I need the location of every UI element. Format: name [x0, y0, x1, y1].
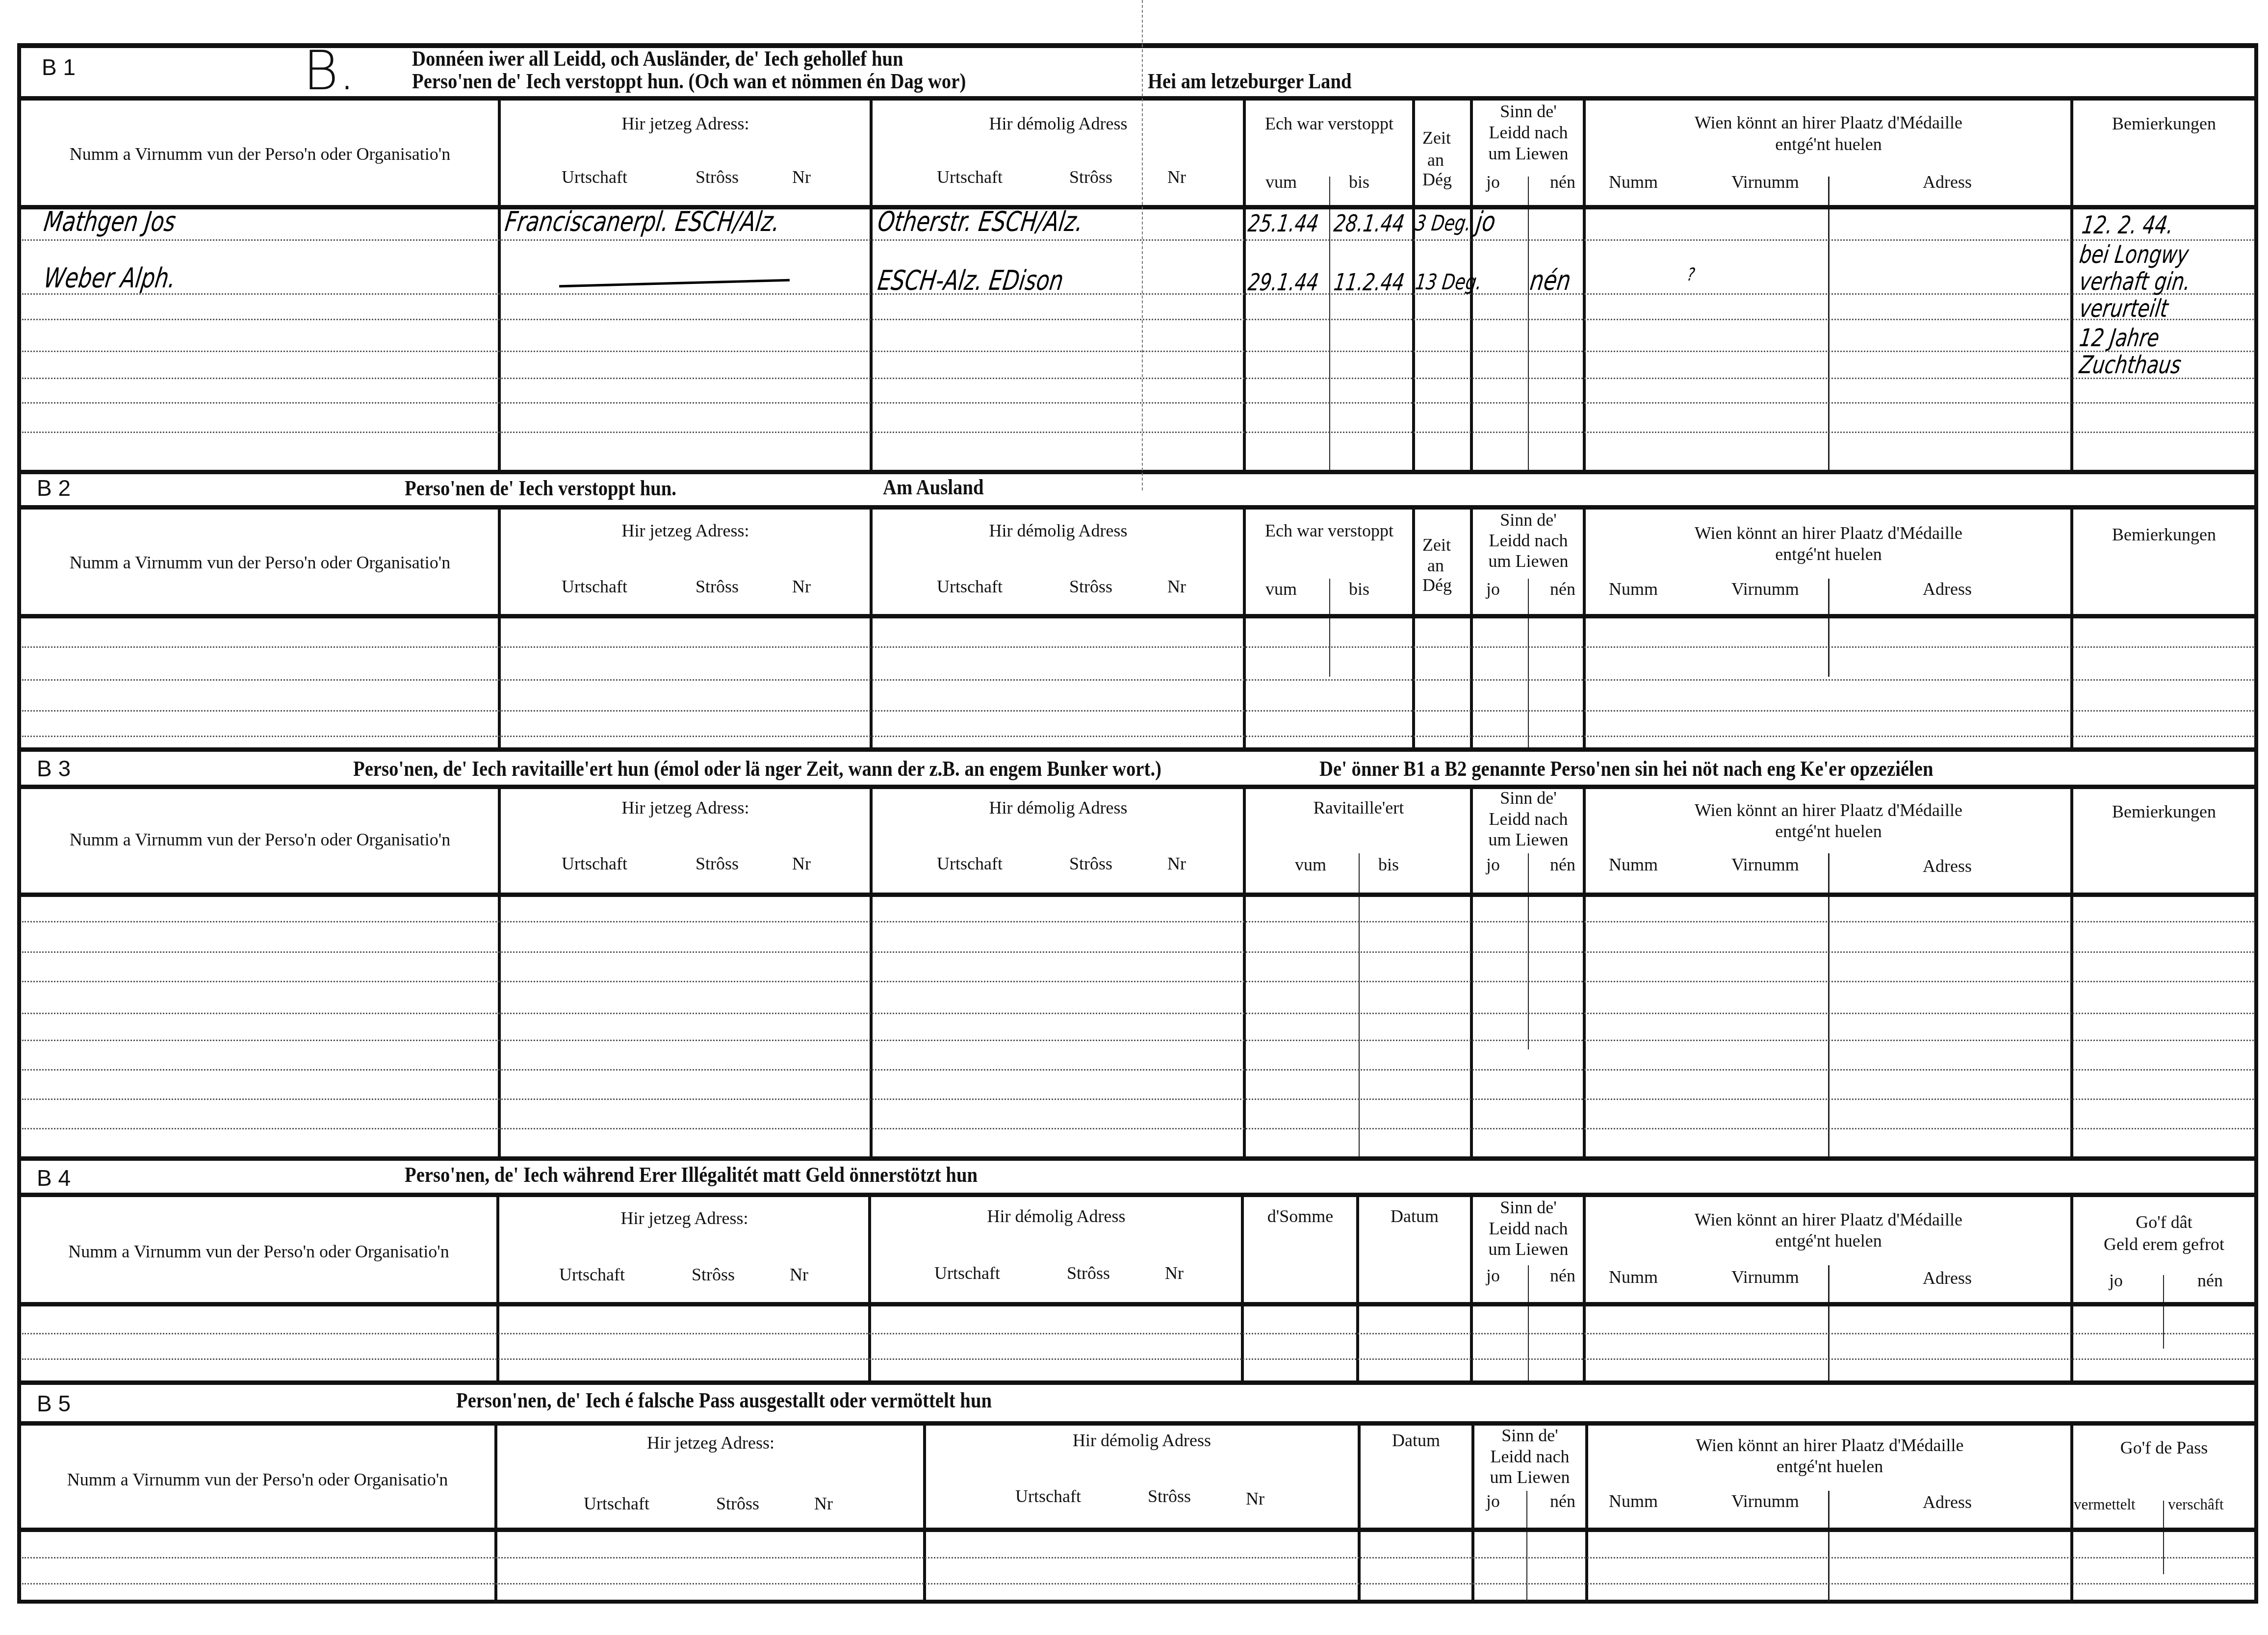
- frame-right: [2254, 43, 2258, 1603]
- header-remarks: Bemierkungen: [2073, 801, 2255, 823]
- row-line: [22, 351, 2254, 352]
- b2-title: Perso'nen de' Iech verstoppt hun.: [405, 476, 676, 501]
- header-locality: Urtschaft: [1015, 1486, 1081, 1507]
- entry-lives-yes[interactable]: jo: [1474, 206, 1498, 238]
- b3-sub-divider: [1359, 853, 1360, 1157]
- header-lives: Leidd nach: [1473, 530, 1584, 552]
- b2-col-divider: [1243, 508, 1246, 748]
- header-former-address: Hir démolig Adress: [873, 520, 1243, 542]
- entry-medal-mark: ?: [1686, 265, 1696, 285]
- header-number: Nr: [1165, 1263, 1184, 1283]
- header-medal: entgé'nt huelen: [1586, 133, 2071, 155]
- header-time: an: [1427, 150, 1444, 170]
- b4-title: Perso'nen, de' Iech während Erer Illégal…: [405, 1162, 978, 1187]
- b3-col-divider: [1243, 787, 1246, 1157]
- header-lives: Leidd nach: [1473, 808, 1584, 830]
- row-line: [22, 402, 2254, 404]
- header-locality: Urtschaft: [937, 167, 1003, 187]
- header-firstname: Virnumm: [1731, 854, 1799, 875]
- header-time: an: [1427, 555, 1444, 576]
- b3-header-rule: [17, 893, 2258, 897]
- remark-line[interactable]: 12 Jahre: [2078, 324, 2161, 352]
- entry-to[interactable]: 11.2.44: [1332, 269, 1406, 296]
- b2-sub-divider: [1828, 579, 1830, 677]
- row-line: [22, 1557, 2254, 1558]
- header-former-address: Hir démolig Adress: [873, 113, 1243, 135]
- entry-current-address-dash: [559, 279, 790, 287]
- header-medal: entgé'nt huelen: [1588, 1456, 2071, 1478]
- header-street: Strôss: [692, 1264, 735, 1285]
- header-lives: Leidd nach: [1473, 122, 1584, 144]
- b5-sub-divider: [2163, 1501, 2164, 1574]
- header-locality: Urtschaft: [559, 1264, 625, 1285]
- b2-sub-divider: [1329, 579, 1330, 677]
- header-locality: Urtschaft: [562, 167, 627, 187]
- header-lives: um Liewen: [1473, 550, 1584, 572]
- header-lives: Sinn de': [1474, 1425, 1585, 1447]
- header-number: Nr: [790, 1264, 808, 1285]
- header-lives: Leidd nach: [1473, 1218, 1584, 1240]
- remark-line[interactable]: Zuchthaus: [2078, 351, 2183, 379]
- header-firstname: Virnumm: [1731, 579, 1799, 599]
- header-surname: Numm: [1609, 579, 1658, 599]
- header-time: Zeit: [1422, 128, 1451, 148]
- row-line: [22, 710, 2254, 712]
- b4-band-rule: [17, 1193, 2258, 1197]
- header-current-address: Hir jetzeg Adress:: [500, 113, 871, 135]
- header-name: Numm a Virnumm vun der Perso'n oder Orga…: [22, 829, 498, 851]
- header-hidden: Ech war verstoppt: [1246, 520, 1413, 542]
- header-no: nén: [1550, 172, 1575, 192]
- entry-name[interactable]: Weber Alph.: [42, 262, 178, 294]
- b2-sub-divider: [1528, 579, 1529, 748]
- header-medal: Wien könnt an hirer Plaatz d'Médaille: [1586, 1209, 2071, 1231]
- b3-code: B 3: [37, 755, 71, 782]
- row-line: [22, 378, 2254, 379]
- header-firstname: Virnumm: [1731, 1491, 1799, 1511]
- header-date: Datum: [1361, 1430, 1471, 1452]
- b3-note: De' önner B1 a B2 genannte Perso'nen sin…: [1319, 756, 1933, 781]
- header-surname: Numm: [1609, 172, 1658, 192]
- header-lives: Sinn de': [1473, 1197, 1584, 1219]
- header-address: Adress: [1923, 1268, 1972, 1288]
- header-yes: jo: [1486, 1265, 1500, 1286]
- header-number: Nr: [814, 1493, 833, 1514]
- b1-col-divider: [1243, 98, 1246, 471]
- header-street: Strôss: [1069, 576, 1112, 597]
- b5-sub-divider: [1828, 1491, 1830, 1601]
- b3-title: Perso'nen, de' Iech ravitaille'ert hun (…: [353, 756, 1161, 781]
- header-hidden: Ech war verstoppt: [1246, 113, 1413, 135]
- entry-lives-no[interactable]: nén: [1528, 265, 1573, 297]
- header-date: Datum: [1359, 1205, 1470, 1227]
- row-line: [22, 646, 2254, 648]
- header-yes: jo: [2109, 1270, 2123, 1291]
- header-surname: Numm: [1609, 854, 1658, 875]
- b3-top-rule: [17, 747, 2258, 752]
- header-current-address: Hir jetzeg Adress:: [499, 1207, 870, 1229]
- frame-bottom: [17, 1600, 2258, 1604]
- row-line: [22, 1583, 2254, 1584]
- header-from: vum: [1265, 579, 1297, 599]
- b4-sub-divider: [1528, 1265, 1529, 1380]
- header-address: Adress: [1923, 1492, 1972, 1512]
- header-street: Strôss: [1069, 167, 1112, 187]
- header-firstname: Virnumm: [1731, 1267, 1799, 1287]
- b3-band-rule: [17, 785, 2258, 789]
- b3-col-divider: [498, 787, 501, 1157]
- header-from: vum: [1295, 854, 1326, 875]
- b4-sub-divider: [2163, 1275, 2164, 1349]
- header-current-address: Hir jetzeg Adress:: [500, 797, 871, 819]
- header-lives: Sinn de': [1473, 787, 1584, 809]
- b5-band-rule: [17, 1421, 2258, 1426]
- b2-top-rule: [17, 470, 2258, 474]
- form-letter: B.: [303, 39, 356, 102]
- entry-former-address[interactable]: ESCH-Alz. EDison: [876, 265, 1066, 297]
- header-former-address: Hir démolig Adress: [926, 1430, 1358, 1452]
- header-street: Strôss: [1148, 1486, 1191, 1507]
- row-line: [22, 432, 2254, 433]
- header-locality: Urtschaft: [934, 1263, 1000, 1283]
- header-medal: Wien könnt an hirer Plaatz d'Médaille: [1588, 1434, 2071, 1456]
- header-address: Adress: [1923, 172, 1972, 192]
- header-street: Strôss: [696, 853, 739, 874]
- entry-former-address[interactable]: Otherstr. ESCH/Alz.: [876, 206, 1085, 238]
- header-to: bis: [1349, 172, 1369, 192]
- row-line: [22, 1358, 2254, 1360]
- header-surname: Numm: [1609, 1267, 1658, 1287]
- header-to: bis: [1378, 854, 1399, 875]
- header-number: Nr: [792, 576, 811, 597]
- header-from: vum: [1265, 172, 1297, 192]
- b3-col-divider: [870, 787, 873, 1157]
- remark-line[interactable]: bei Longwy: [2078, 240, 2191, 269]
- header-number: Nr: [1246, 1488, 1264, 1509]
- header-locality: Urtschaft: [937, 576, 1003, 597]
- header-street: Strôss: [1067, 1263, 1110, 1283]
- header-street: Strôss: [1069, 853, 1112, 874]
- header-procured: verschâft: [2168, 1496, 2224, 1513]
- header-name: Numm a Virnumm vun der Perso'n oder Orga…: [22, 1241, 495, 1263]
- b1-sub-divider: [1329, 177, 1330, 471]
- b1-col-divider: [870, 98, 873, 471]
- b1-sub-divider: [1828, 177, 1830, 471]
- remark-line[interactable]: 12. 2. 44.: [2080, 211, 2175, 239]
- header-medal: Wien könnt an hirer Plaatz d'Médaille: [1586, 522, 2071, 544]
- header-name: Numm a Virnumm vun der Perso'n oder Orga…: [22, 143, 498, 165]
- header-locality: Urtschaft: [562, 853, 627, 874]
- b1-code: B 1: [42, 54, 76, 80]
- frame-left: [17, 43, 21, 1603]
- header-no: nén: [1550, 1491, 1575, 1511]
- b1-col-divider: [1412, 98, 1415, 471]
- header-current-address: Hir jetzeg Adress:: [497, 1432, 924, 1454]
- entry-from[interactable]: 29.1.44: [1246, 269, 1320, 296]
- b1-title-line1: Donnéen iwer all Leidd, och Ausländer, d…: [412, 46, 903, 71]
- entry-from[interactable]: 25.1.44: [1246, 210, 1320, 237]
- header-lives: Sinn de': [1473, 509, 1584, 531]
- b1-sub-divider: [1528, 177, 1529, 471]
- row-line: [22, 679, 2254, 681]
- header-lives: um Liewen: [1473, 143, 1584, 165]
- b4-top-rule: [17, 1156, 2258, 1161]
- row-line: [22, 981, 2254, 982]
- entry-days[interactable]: 3 Deg.: [1414, 211, 1472, 236]
- header-no: nén: [2197, 1270, 2223, 1291]
- header-no: nén: [1550, 1265, 1575, 1286]
- header-no: nén: [1550, 579, 1575, 599]
- header-lives: um Liewen: [1474, 1466, 1585, 1488]
- header-address: Adress: [1923, 579, 1972, 599]
- header-lives: Sinn de': [1473, 101, 1584, 123]
- header-address: Adress: [1923, 856, 1972, 876]
- b3-col-divider: [2070, 787, 2073, 1157]
- b1-band-rule: [17, 96, 2258, 101]
- header-street: Strôss: [696, 576, 739, 597]
- header-locality: Urtschaft: [937, 853, 1003, 874]
- header-former-address: Hir démolig Adress: [871, 1205, 1241, 1227]
- header-former-address: Hir démolig Adress: [873, 797, 1243, 819]
- remark-line[interactable]: verhaft gin.: [2078, 267, 2192, 296]
- header-time: Dég: [1422, 575, 1452, 595]
- b2-header-rule: [17, 614, 2258, 618]
- b1-title-line2: Perso'nen de' Iech verstoppt hun. (Och w…: [412, 69, 966, 94]
- b2-code: B 2: [37, 475, 71, 501]
- fold-mark: [1142, 0, 1143, 490]
- entry-current-address[interactable]: Franciscanerpl. ESCH/Alz.: [503, 206, 782, 238]
- row-line: [22, 1099, 2254, 1100]
- header-time: Zeit: [1422, 535, 1451, 555]
- header-mediated: vermettelt: [2074, 1496, 2136, 1513]
- header-medal: Wien könnt an hirer Plaatz d'Médaille: [1586, 799, 2071, 821]
- header-amount: d'Somme: [1244, 1205, 1357, 1227]
- b2-location: Am Ausland: [883, 475, 984, 500]
- header-number: Nr: [1167, 576, 1186, 597]
- row-line: [22, 239, 2254, 241]
- header-name: Numm a Virnumm vun der Perso'n oder Orga…: [22, 1469, 493, 1491]
- row-line: [22, 1069, 2254, 1071]
- b5-top-rule: [17, 1380, 2258, 1385]
- row-line: [22, 1040, 2254, 1041]
- row-line: [22, 1128, 2254, 1129]
- header-supplied: Ravitaille'ert: [1246, 797, 1471, 819]
- header-number: Nr: [1167, 853, 1186, 874]
- header-street: Strôss: [696, 167, 739, 187]
- header-name: Numm a Virnumm vun der Perso'n oder Orga…: [22, 552, 498, 574]
- b4-header-rule: [17, 1302, 2258, 1306]
- header-number: Nr: [792, 167, 811, 187]
- row-line: [22, 293, 2254, 295]
- b2-col-divider: [1412, 508, 1415, 748]
- remark-line[interactable]: verurteilt: [2078, 294, 2170, 323]
- b2-col-divider: [498, 508, 501, 748]
- header-money-returned: Go'f dât: [2073, 1211, 2255, 1233]
- header-surname: Numm: [1609, 1491, 1658, 1511]
- header-no: nén: [1550, 854, 1575, 875]
- b1-location: Hei am letzeburger Land: [1148, 69, 1351, 94]
- header-street: Strôss: [716, 1493, 759, 1514]
- b1-header-rule: [17, 205, 2258, 209]
- header-remarks: Bemierkungen: [2073, 524, 2255, 546]
- header-yes: jo: [1486, 1491, 1500, 1511]
- header-yes: jo: [1486, 579, 1500, 599]
- header-locality: Urtschaft: [562, 576, 627, 597]
- b5-code: B 5: [37, 1390, 71, 1417]
- header-medal: entgé'nt huelen: [1586, 543, 2071, 565]
- header-locality: Urtschaft: [584, 1493, 649, 1514]
- header-lives: Leidd nach: [1474, 1446, 1585, 1468]
- header-time: Dég: [1422, 169, 1452, 190]
- entry-to[interactable]: 28.1.44: [1332, 210, 1406, 237]
- row-line: [22, 319, 2254, 320]
- b4-sub-divider: [1828, 1265, 1830, 1380]
- row-line: [22, 951, 2254, 953]
- header-firstname: Virnumm: [1731, 172, 1799, 192]
- header-passport: Go'f de Pass: [2073, 1437, 2255, 1459]
- header-lives: um Liewen: [1473, 1238, 1584, 1260]
- entry-days[interactable]: 13 Deg.: [1414, 270, 1483, 295]
- b5-header-rule: [17, 1528, 2258, 1532]
- b4-code: B 4: [37, 1165, 71, 1191]
- header-to: bis: [1349, 579, 1369, 599]
- header-yes: jo: [1486, 854, 1500, 875]
- header-yes: jo: [1486, 172, 1500, 192]
- header-remarks: Bemierkungen: [2073, 113, 2255, 135]
- b1-col-divider: [498, 98, 501, 471]
- row-line: [22, 1013, 2254, 1014]
- header-medal: entgé'nt huelen: [1586, 820, 2071, 843]
- b5-title: Person'nen, de' Iech é falsche Pass ausg…: [456, 1388, 992, 1413]
- b2-col-divider: [870, 508, 873, 748]
- header-current-address: Hir jetzeg Adress:: [500, 520, 871, 542]
- header-number: Nr: [1167, 167, 1186, 187]
- header-medal: entgé'nt huelen: [1586, 1230, 2071, 1252]
- header-medal: Wien könnt an hirer Plaatz d'Médaille: [1586, 112, 2071, 134]
- b3-sub-divider: [1828, 853, 1830, 1157]
- row-line: [22, 1333, 2254, 1334]
- b2-band-rule: [17, 505, 2258, 510]
- b5-sub-divider: [1526, 1491, 1527, 1601]
- header-lives: um Liewen: [1473, 829, 1584, 851]
- row-line: [22, 921, 2254, 922]
- header-money-returned: Geld erem gefrot: [2073, 1233, 2255, 1255]
- row-line: [22, 736, 2254, 737]
- header-number: Nr: [792, 853, 811, 874]
- entry-name[interactable]: Mathgen Jos: [42, 206, 178, 238]
